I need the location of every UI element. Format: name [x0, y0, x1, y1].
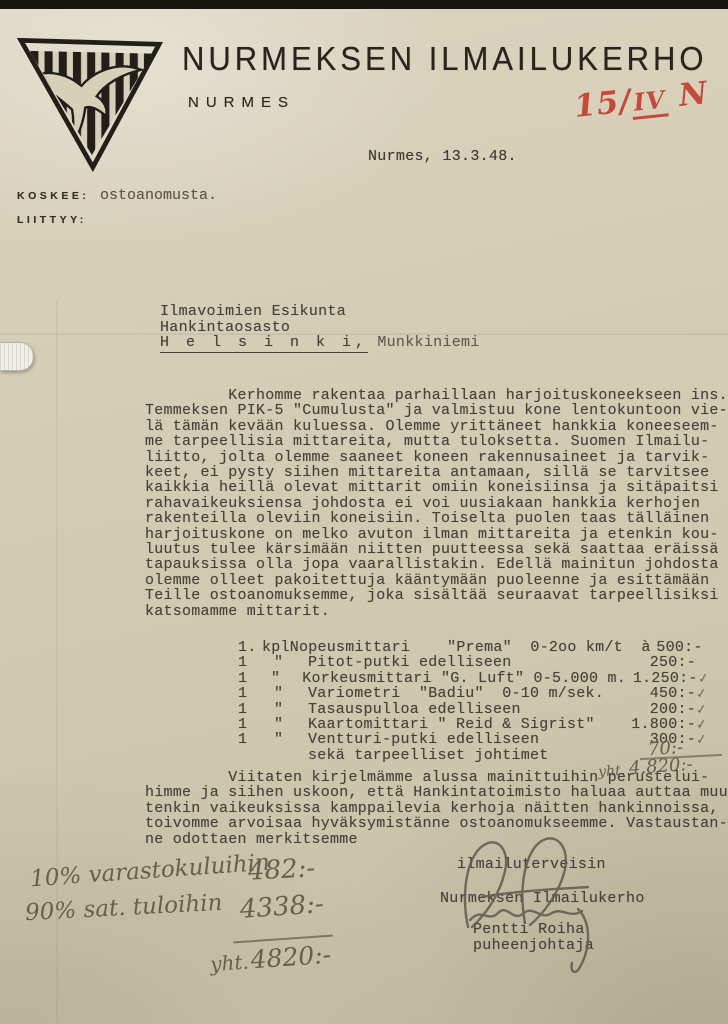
scan-top-edge	[0, 0, 728, 9]
pencil-note-income: 90% sat. tuloihin	[24, 890, 223, 926]
item-unit: "	[274, 731, 308, 748]
item-row: 1"Ventturi-putki edelliseen300:-✓	[238, 731, 716, 746]
recipient-line-1: Ilmavoimien Esikunta	[160, 304, 480, 320]
item-row: 1"Pitot-putki edelliseen250:-	[238, 654, 716, 669]
recipient-city: H e l s i n k i,	[160, 334, 368, 353]
scanned-letter-page: NURMEKSEN ILMAILUKERHO NURMES 15/IV N Nu…	[0, 0, 728, 1024]
dateline: Nurmes, 13.3.48.	[368, 148, 517, 165]
recipient-district: Munkkiniemi	[368, 334, 480, 351]
binder-fastener-tab	[0, 342, 34, 371]
closing-organization: Nurmeksen Ilmailukerho	[440, 890, 645, 907]
item-qty: 1	[238, 731, 274, 748]
liittyy-label: LIITTYY:	[17, 214, 87, 226]
red-date-annotation: 15/IV N	[572, 75, 709, 125]
red-date-prefix: 15/	[572, 83, 633, 125]
pencil-note-storage: 10% varastokuluihin	[29, 850, 270, 893]
recipient-line-2: Hankintaosasto	[160, 320, 480, 336]
club-emblem-logo-icon	[14, 30, 166, 172]
pencil-note-income-value: 4338:-	[239, 889, 325, 925]
pencil-check-mark	[696, 757, 716, 760]
letterhead: NURMEKSEN ILMAILUKERHO	[182, 40, 708, 76]
instrument-item-list: 1.kplNopeusmittari "Prema" 0-2oo km/t à5…	[238, 639, 716, 762]
koskee-label: KOSKEE:	[17, 190, 89, 202]
red-date-roman: IV	[630, 84, 669, 120]
pencil-grand-total-label: yht.	[209, 950, 249, 977]
closing-salutation: ilmailuterveisin	[457, 856, 606, 873]
body-paragraph-2: Viitaten kirjelmämme alussa mainittuihin…	[145, 770, 728, 847]
item-row: 1"Tasauspulloa edelliseen200:-✓	[238, 701, 716, 716]
koskee-value: ostoanomusta.	[100, 187, 217, 204]
pencil-check-mark	[696, 665, 716, 668]
red-date-suffix: N	[677, 75, 710, 114]
item-desc: sekä tarpeelliset johtimet	[308, 747, 618, 764]
pencil-check-mark	[703, 650, 716, 652]
body-paragraph-1: Kerhomme rakentaa parhaillaan harjoitusk…	[145, 388, 728, 619]
pencil-note-storage-value: 482:-	[247, 853, 316, 886]
recipient-city-line: H e l s i n k i, Munkkiniemi	[160, 335, 480, 351]
organization-name: NURMEKSEN ILMAILUKERHO	[182, 40, 708, 79]
pencil-grand-total-value: 4820:-	[250, 940, 332, 975]
item-row: 1"Variometri "Badiu" 0-10 m/sek.450:-✓	[238, 685, 716, 700]
signer-name: Pentti Roiha	[473, 921, 585, 938]
item-row: 1"Kaartomittari " Reid & Sigrist"1.800:-…	[238, 716, 716, 731]
recipient-address-block: Ilmavoimien Esikunta Hankintaosasto H e …	[160, 304, 480, 351]
organization-city: NURMES	[188, 94, 295, 111]
item-row: 1.kplNopeusmittari "Prema" 0-2oo km/t à5…	[238, 639, 716, 654]
item-row: 1"Korkeusmittari "G. Luft" 0-5.000 m.1.2…	[238, 670, 716, 685]
pencil-grand-total: yht.4820:-	[209, 940, 332, 977]
signer-title: puheenjohtaja	[473, 937, 594, 954]
